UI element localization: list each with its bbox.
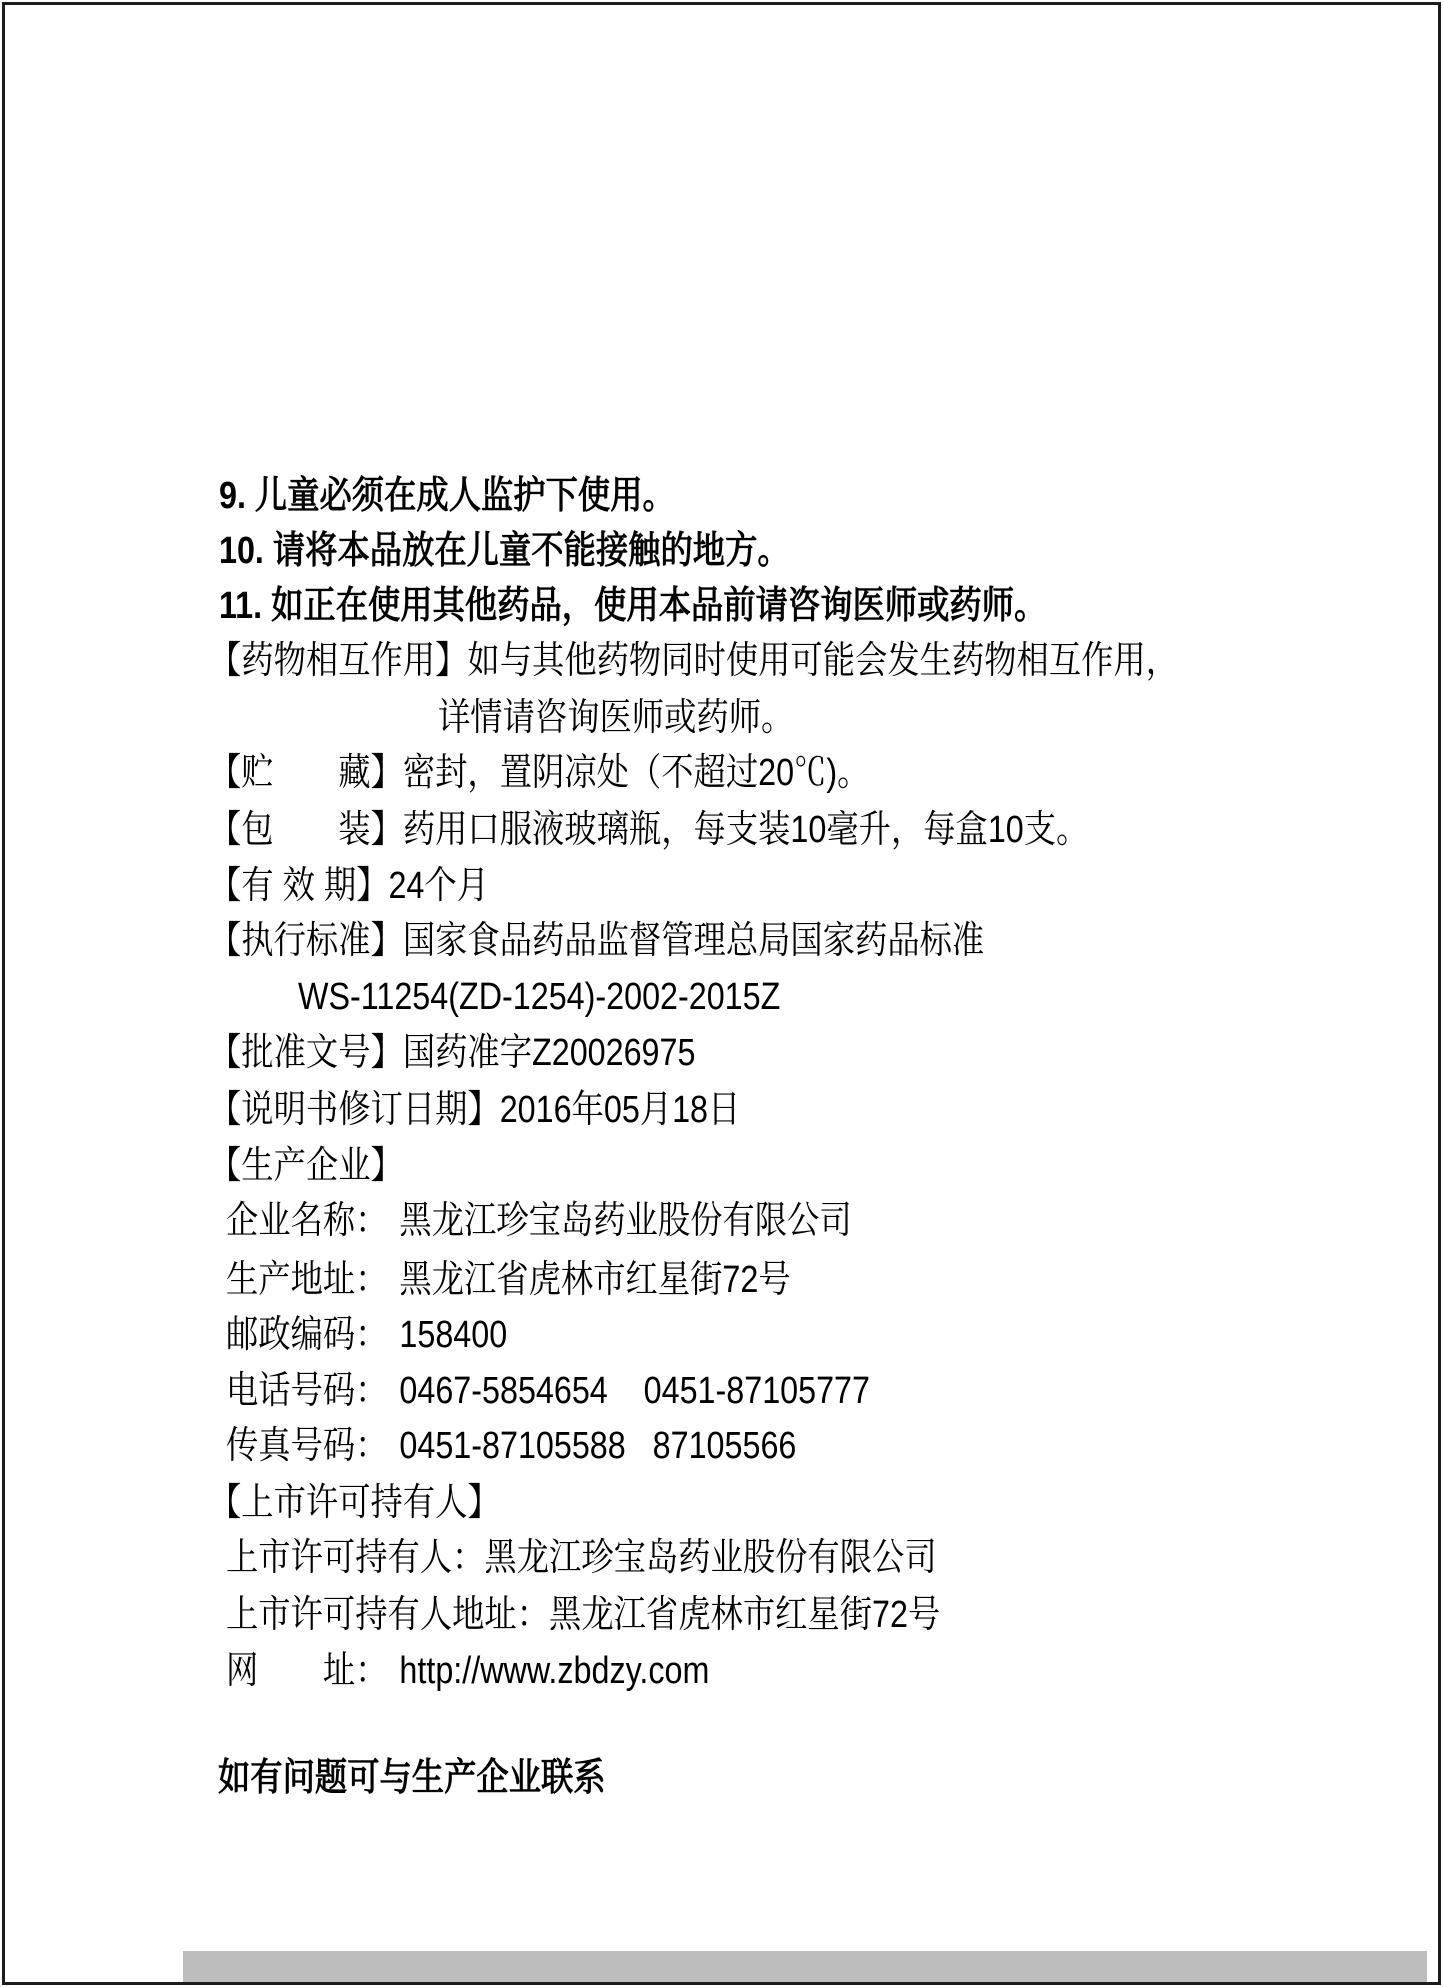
footer-bar bbox=[183, 1951, 1427, 1982]
website-value: http://www.zbdzy.com bbox=[400, 1650, 710, 1692]
contact-note: 如有问题可与生产企业联系 bbox=[197, 1696, 674, 1806]
contact-note-text: 如有问题可与生产企业联系 bbox=[218, 1751, 606, 1806]
website-label: 网 址： bbox=[226, 1650, 388, 1692]
website-row: 网 址：http://www.zbdzy.com bbox=[205, 1589, 795, 1699]
revision-date-value: 2016年05月18日 bbox=[500, 1089, 741, 1131]
package-insert-page: { "colors": { "page_bg": "#ffffff", "tex… bbox=[0, 0, 1443, 1987]
